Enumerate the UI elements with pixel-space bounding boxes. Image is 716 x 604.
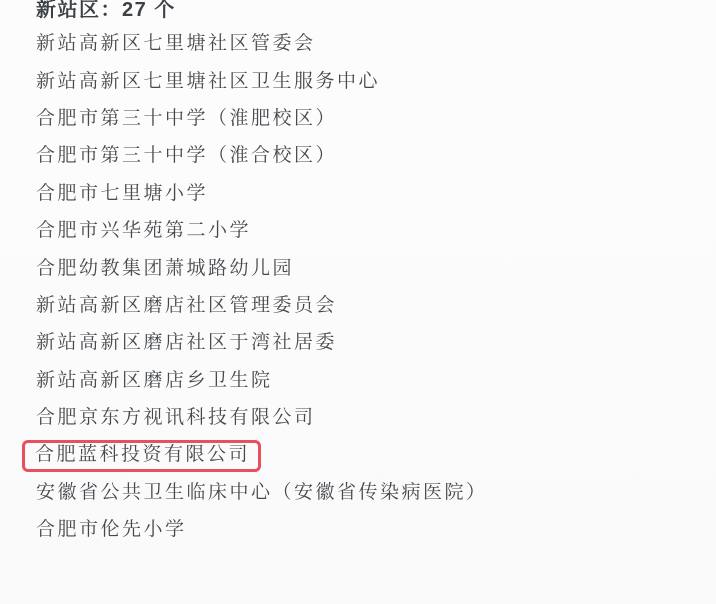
document-page: 新站区：27 个 新站高新区七里塘社区管委会 新站高新区七里塘社区卫生服务中心 … bbox=[0, 0, 716, 604]
list-item: 新站高新区七里塘社区卫生服务中心 bbox=[0, 63, 716, 100]
org-name: 新站高新区七里塘社区卫生服务中心 bbox=[36, 72, 380, 93]
list-item: 安徽省公共卫生临床中心（安徽省传染病医院） bbox=[0, 475, 716, 512]
list-item: 合肥市兴华苑第二小学 bbox=[0, 213, 716, 250]
org-name-highlighted: 合肥蓝科投资有限公司 bbox=[22, 440, 261, 472]
list-item: 新站高新区磨店社区于湾社居委 bbox=[0, 325, 716, 362]
org-name: 安徽省公共卫生临床中心（安徽省传染病医院） bbox=[36, 483, 488, 504]
org-name: 合肥市第三十中学（淮合校区） bbox=[36, 146, 337, 167]
list-item: 合肥市第三十中学（淮合校区） bbox=[0, 138, 716, 175]
org-name: 新站高新区磨店社区于湾社居委 bbox=[36, 333, 337, 354]
org-name: 合肥市第三十中学（淮肥校区） bbox=[36, 109, 337, 130]
list-item: 合肥市七里塘小学 bbox=[0, 176, 716, 213]
org-name: 合肥市兴华苑第二小学 bbox=[36, 221, 251, 242]
org-list: 新站高新区七里塘社区管委会 新站高新区七里塘社区卫生服务中心 合肥市第三十中学（… bbox=[0, 26, 716, 549]
org-name: 新站高新区磨店乡卫生院 bbox=[36, 371, 273, 392]
list-item: 合肥市第三十中学（淮肥校区） bbox=[0, 101, 716, 138]
list-item: 新站高新区磨店社区管理委员会 bbox=[0, 288, 716, 325]
list-item-highlighted: 合肥蓝科投资有限公司 bbox=[0, 437, 716, 474]
org-name: 合肥京东方视讯科技有限公司 bbox=[36, 408, 316, 429]
list-item: 新站高新区磨店乡卫生院 bbox=[0, 363, 716, 400]
list-item: 合肥幼教集团萧城路幼儿园 bbox=[0, 250, 716, 287]
org-name: 合肥市七里塘小学 bbox=[36, 184, 208, 205]
section-header: 新站区：27 个 bbox=[36, 0, 176, 24]
org-name: 新站高新区七里塘社区管委会 bbox=[36, 34, 316, 55]
org-name: 合肥幼教集团萧城路幼儿园 bbox=[36, 259, 294, 280]
list-item: 合肥市伦先小学 bbox=[0, 512, 716, 549]
org-name: 合肥市伦先小学 bbox=[36, 520, 187, 541]
org-name: 新站高新区磨店社区管理委员会 bbox=[36, 296, 337, 317]
list-item: 合肥京东方视讯科技有限公司 bbox=[0, 400, 716, 437]
list-item: 新站高新区七里塘社区管委会 bbox=[0, 26, 716, 63]
